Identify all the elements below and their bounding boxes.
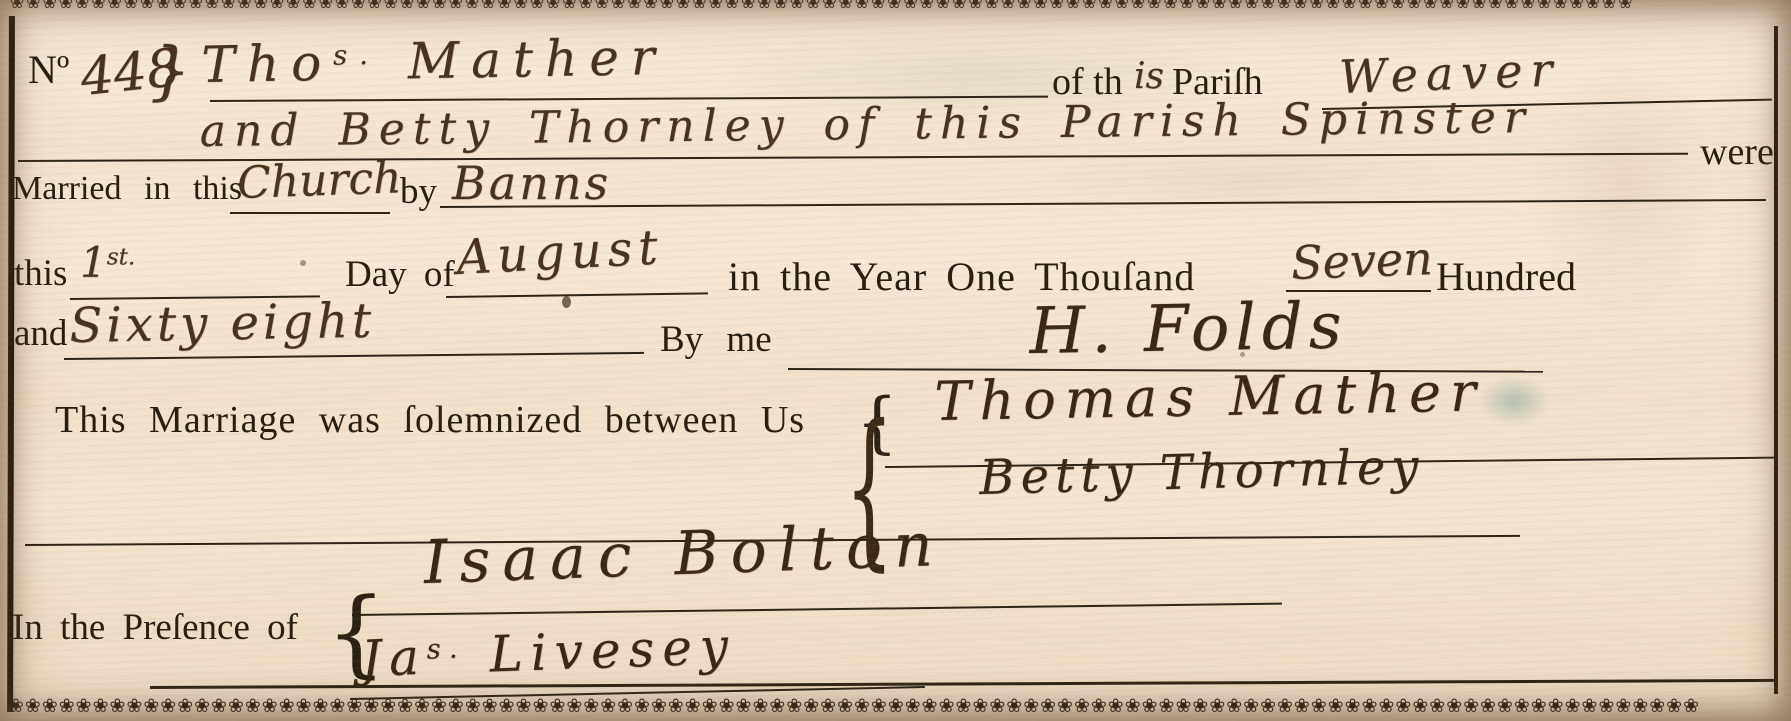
bride-signature: Betty Thornley bbox=[979, 438, 1426, 506]
groom-name-base: Tho bbox=[201, 34, 334, 94]
day-suffix: st. bbox=[107, 244, 135, 270]
right-border-line bbox=[1774, 26, 1778, 694]
ink-blot bbox=[300, 260, 306, 266]
officiant-signature: H. Folds bbox=[1029, 289, 1348, 369]
day-value: 1st. bbox=[80, 238, 135, 287]
witness1-rule bbox=[352, 603, 1282, 616]
witness2-base: Ja bbox=[360, 628, 428, 688]
solemnized-label: This Marriage was ſolemnized between Us bbox=[55, 398, 805, 442]
and-label: and bbox=[14, 312, 67, 355]
witness2-sup: s. bbox=[426, 632, 466, 665]
witness2-signature: Jas. Livesey bbox=[360, 617, 737, 688]
bottom-ornament-border: ❀❀❀❀❀❀❀❀❀❀❀❀❀❀❀❀❀❀❀❀❀❀❀❀❀❀❀❀❀❀❀❀❀❀❀❀❀❀❀❀… bbox=[8, 695, 1788, 717]
by-label: by bbox=[400, 170, 437, 213]
groom-name-rest: Mather bbox=[379, 28, 667, 91]
witness2-rest: Livesey bbox=[465, 617, 737, 684]
marriage-register-page: ❀❀❀❀❀❀❀❀❀❀❀❀❀❀❀❀❀❀❀❀❀❀❀❀❀❀❀❀❀❀❀❀❀❀❀❀❀❀❀❀… bbox=[0, 0, 1791, 721]
top-ornament-border: ❀❀❀❀❀❀❀❀❀❀❀❀❀❀❀❀❀❀❀❀❀❀❀❀❀❀❀❀❀❀❀❀❀❀❀❀❀❀❀❀… bbox=[10, 0, 1788, 13]
by-me-label: By me bbox=[660, 318, 772, 361]
record-number-label: Nº bbox=[28, 46, 69, 93]
groom-name-sup: s. bbox=[333, 39, 380, 72]
hundred-label: Hundred bbox=[1436, 253, 1576, 300]
month-value: August bbox=[455, 219, 665, 286]
married-in-this-label: Married in this bbox=[12, 170, 242, 208]
year-tens-rule bbox=[64, 352, 644, 360]
married-place-rule bbox=[230, 212, 390, 214]
ghost-stain bbox=[1478, 376, 1550, 426]
day-of-label: Day of bbox=[345, 253, 455, 296]
day-number: 1 bbox=[80, 238, 107, 287]
year-tens-value: Sixty eight bbox=[69, 293, 376, 354]
presence-label: In the Preſence of bbox=[12, 606, 298, 649]
year-hundreds-value: Seven bbox=[1290, 231, 1433, 290]
record-number-brace: } bbox=[150, 34, 191, 108]
were-label: were bbox=[1700, 130, 1774, 174]
month-rule bbox=[446, 292, 708, 298]
this-label: this bbox=[14, 252, 67, 295]
married-by: Banns bbox=[452, 156, 611, 210]
groom-signature: Thomas Mather bbox=[934, 360, 1485, 433]
of-this-fill: is bbox=[1134, 56, 1164, 97]
married-place: Church bbox=[236, 152, 402, 209]
groom-name: Thos. Mather bbox=[201, 28, 667, 94]
ink-blot bbox=[562, 296, 571, 308]
